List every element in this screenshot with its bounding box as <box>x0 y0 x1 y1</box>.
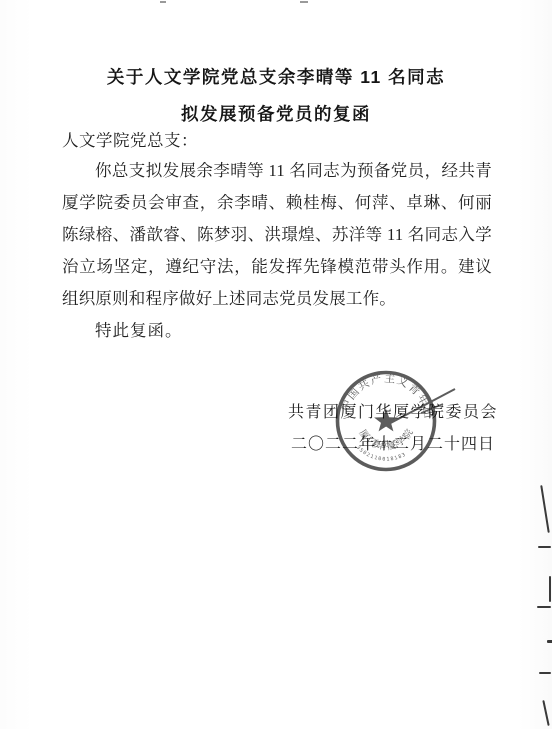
body-line: 厦学院委员会审查，余李晴、赖桂梅、何萍、卓琳、何丽娟、徐博文、 <box>62 187 492 219</box>
scan-speck <box>160 1 166 3</box>
scan-artifact <box>540 485 549 533</box>
scan-speck <box>300 1 308 3</box>
scan-artifact <box>538 546 551 548</box>
document-title-line1: 关于人文学院党总支余李晴等 11 名同志 <box>0 64 552 89</box>
body-line: 治立场坚定，遵纪守法，能发挥先锋模范带头作用。建议你总支按照 <box>62 251 492 283</box>
body-line: 陈绿榕、潘歆睿、陈梦羽、洪璟煌、苏洋等 11 名同志入学以来，政 <box>62 219 492 251</box>
official-seal: 中国共产主义青年团 厦门华厦学院 委员会 3502110018183 <box>331 366 441 476</box>
body-paragraph: 你总支拟发展余李晴等 11 名同志为预备党员，经共青团厦门华 厦学院委员会审查，… <box>62 155 492 315</box>
body-line: 你总支拟发展余李晴等 11 名同志为预备党员，经共青团厦门华 <box>62 155 492 187</box>
closing-phrase: 特此复函。 <box>95 317 183 341</box>
scan-artifact <box>547 640 552 643</box>
scan-artifact <box>537 606 551 608</box>
scan-artifact <box>549 576 551 602</box>
document-title-line2: 拟发展预备党员的复函 <box>0 101 552 126</box>
scan-artifact <box>542 700 549 726</box>
scanned-page: 关于人文学院党总支余李晴等 11 名同志 拟发展预备党员的复函 人文学院党总支：… <box>0 0 552 729</box>
salutation: 人文学院党总支： <box>62 127 198 151</box>
scan-artifact <box>539 672 551 674</box>
seal-committee-text: 委员会 <box>372 439 401 449</box>
body-line: 组织原则和程序做好上述同志党员发展工作。 <box>62 283 492 315</box>
